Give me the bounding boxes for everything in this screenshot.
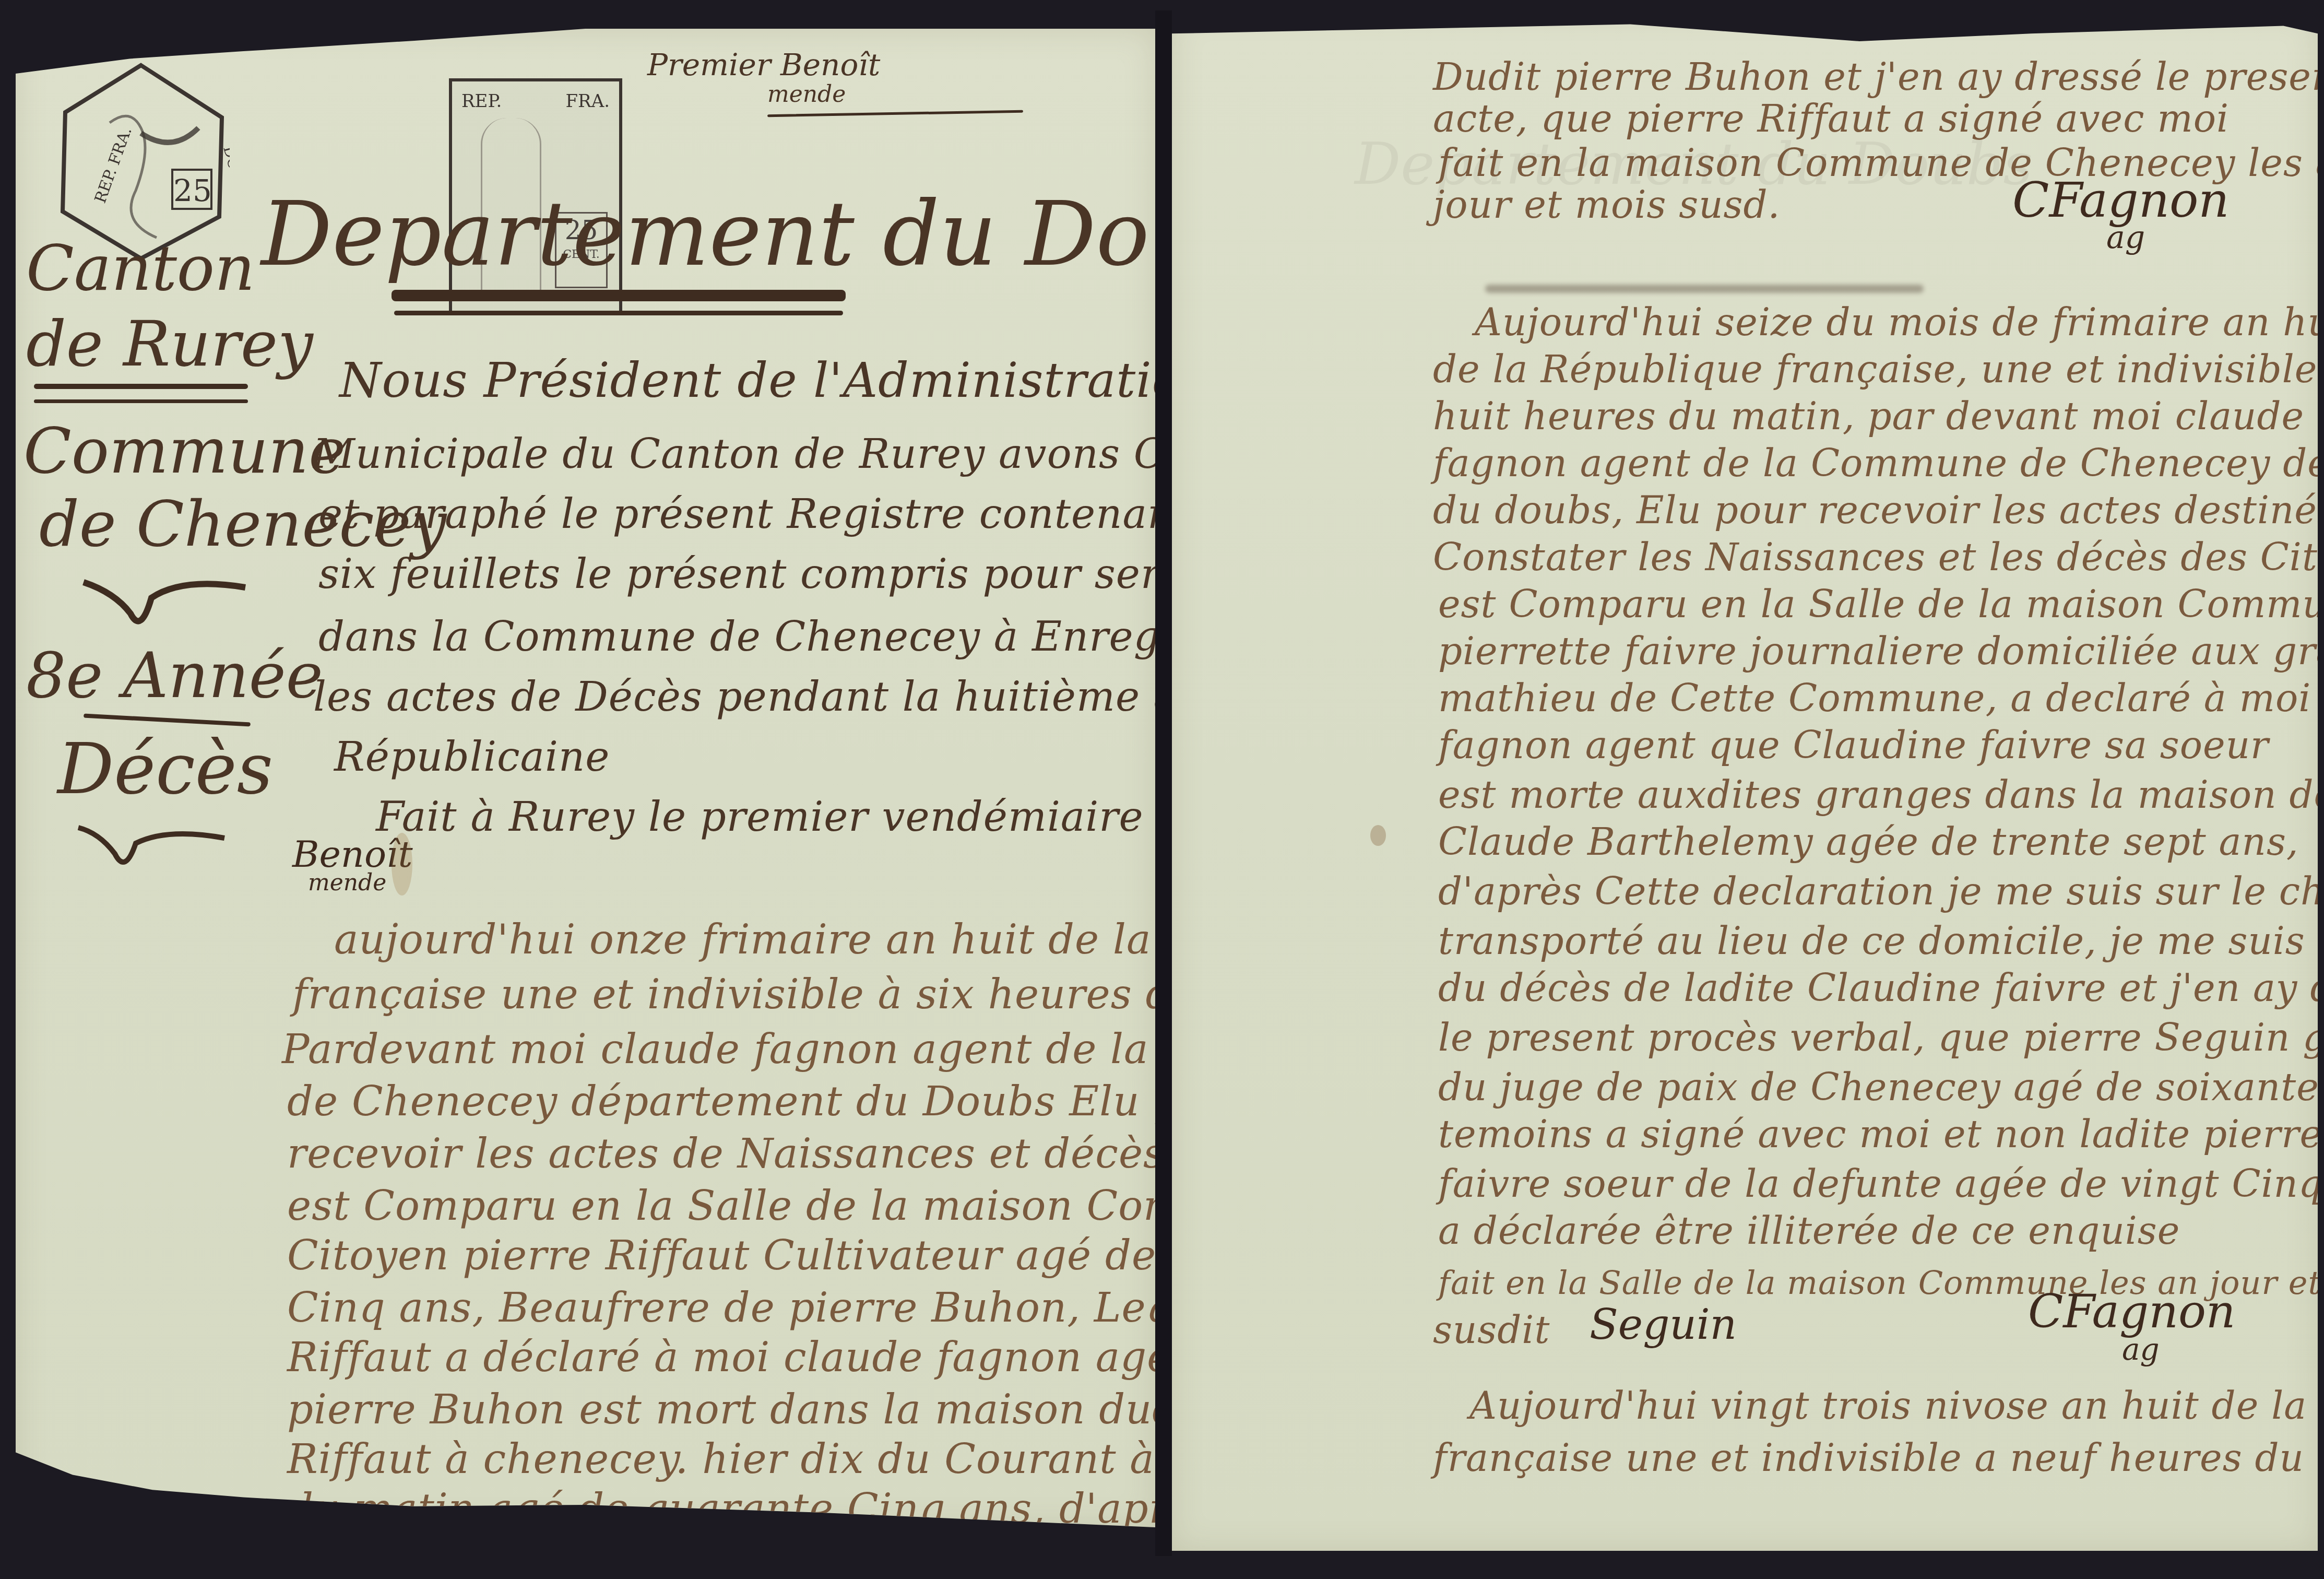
stain — [392, 833, 412, 895]
margin-type: Décès — [57, 734, 273, 804]
act-2-agent-signature: CFagnon — [2028, 1285, 2236, 1338]
margin-commune: Commune — [23, 420, 346, 483]
preamble-signature-title: mende — [308, 869, 386, 896]
book-gutter — [1155, 10, 1172, 1556]
witness-signature: Seguin — [1590, 1300, 1737, 1349]
left-page: 25 REP. FRA. DOUBS REP. FRA. 25 CENT. Pr… — [16, 29, 1155, 1527]
title-rule-thick — [392, 290, 846, 301]
margin-rule-3 — [84, 714, 251, 727]
flourish-icon — [73, 817, 230, 880]
top-annotation-sub: mende — [767, 81, 846, 108]
act-1-agent-title: ag — [2106, 219, 2145, 256]
smudged-rule — [1485, 285, 1924, 293]
flourish-icon — [78, 567, 256, 640]
annotation-underline — [767, 110, 1023, 117]
margin-canton: Canton — [26, 238, 255, 300]
stain — [1370, 825, 1386, 846]
svg-text:25: 25 — [173, 173, 212, 208]
stamp-rep-label: REP. — [461, 91, 502, 112]
margin-canton-name: de Rurey — [26, 313, 313, 376]
title-rule-thin — [394, 311, 843, 315]
margin-year: 8e Année — [26, 645, 323, 708]
stamp-fra-label: FRA. — [565, 91, 610, 112]
page-title: Departement du Doubs — [261, 183, 1309, 286]
right-page: Departement du Doubs Dudit pierre Buhon … — [1172, 10, 2318, 1551]
act-2-agent-title: ag — [2122, 1331, 2160, 1367]
top-annotation: Premier Benoît — [647, 47, 880, 83]
margin-rule-1 — [34, 384, 248, 389]
svg-text:REP. FRA.: REP. FRA. — [91, 125, 136, 206]
margin-rule-2 — [34, 399, 248, 403]
